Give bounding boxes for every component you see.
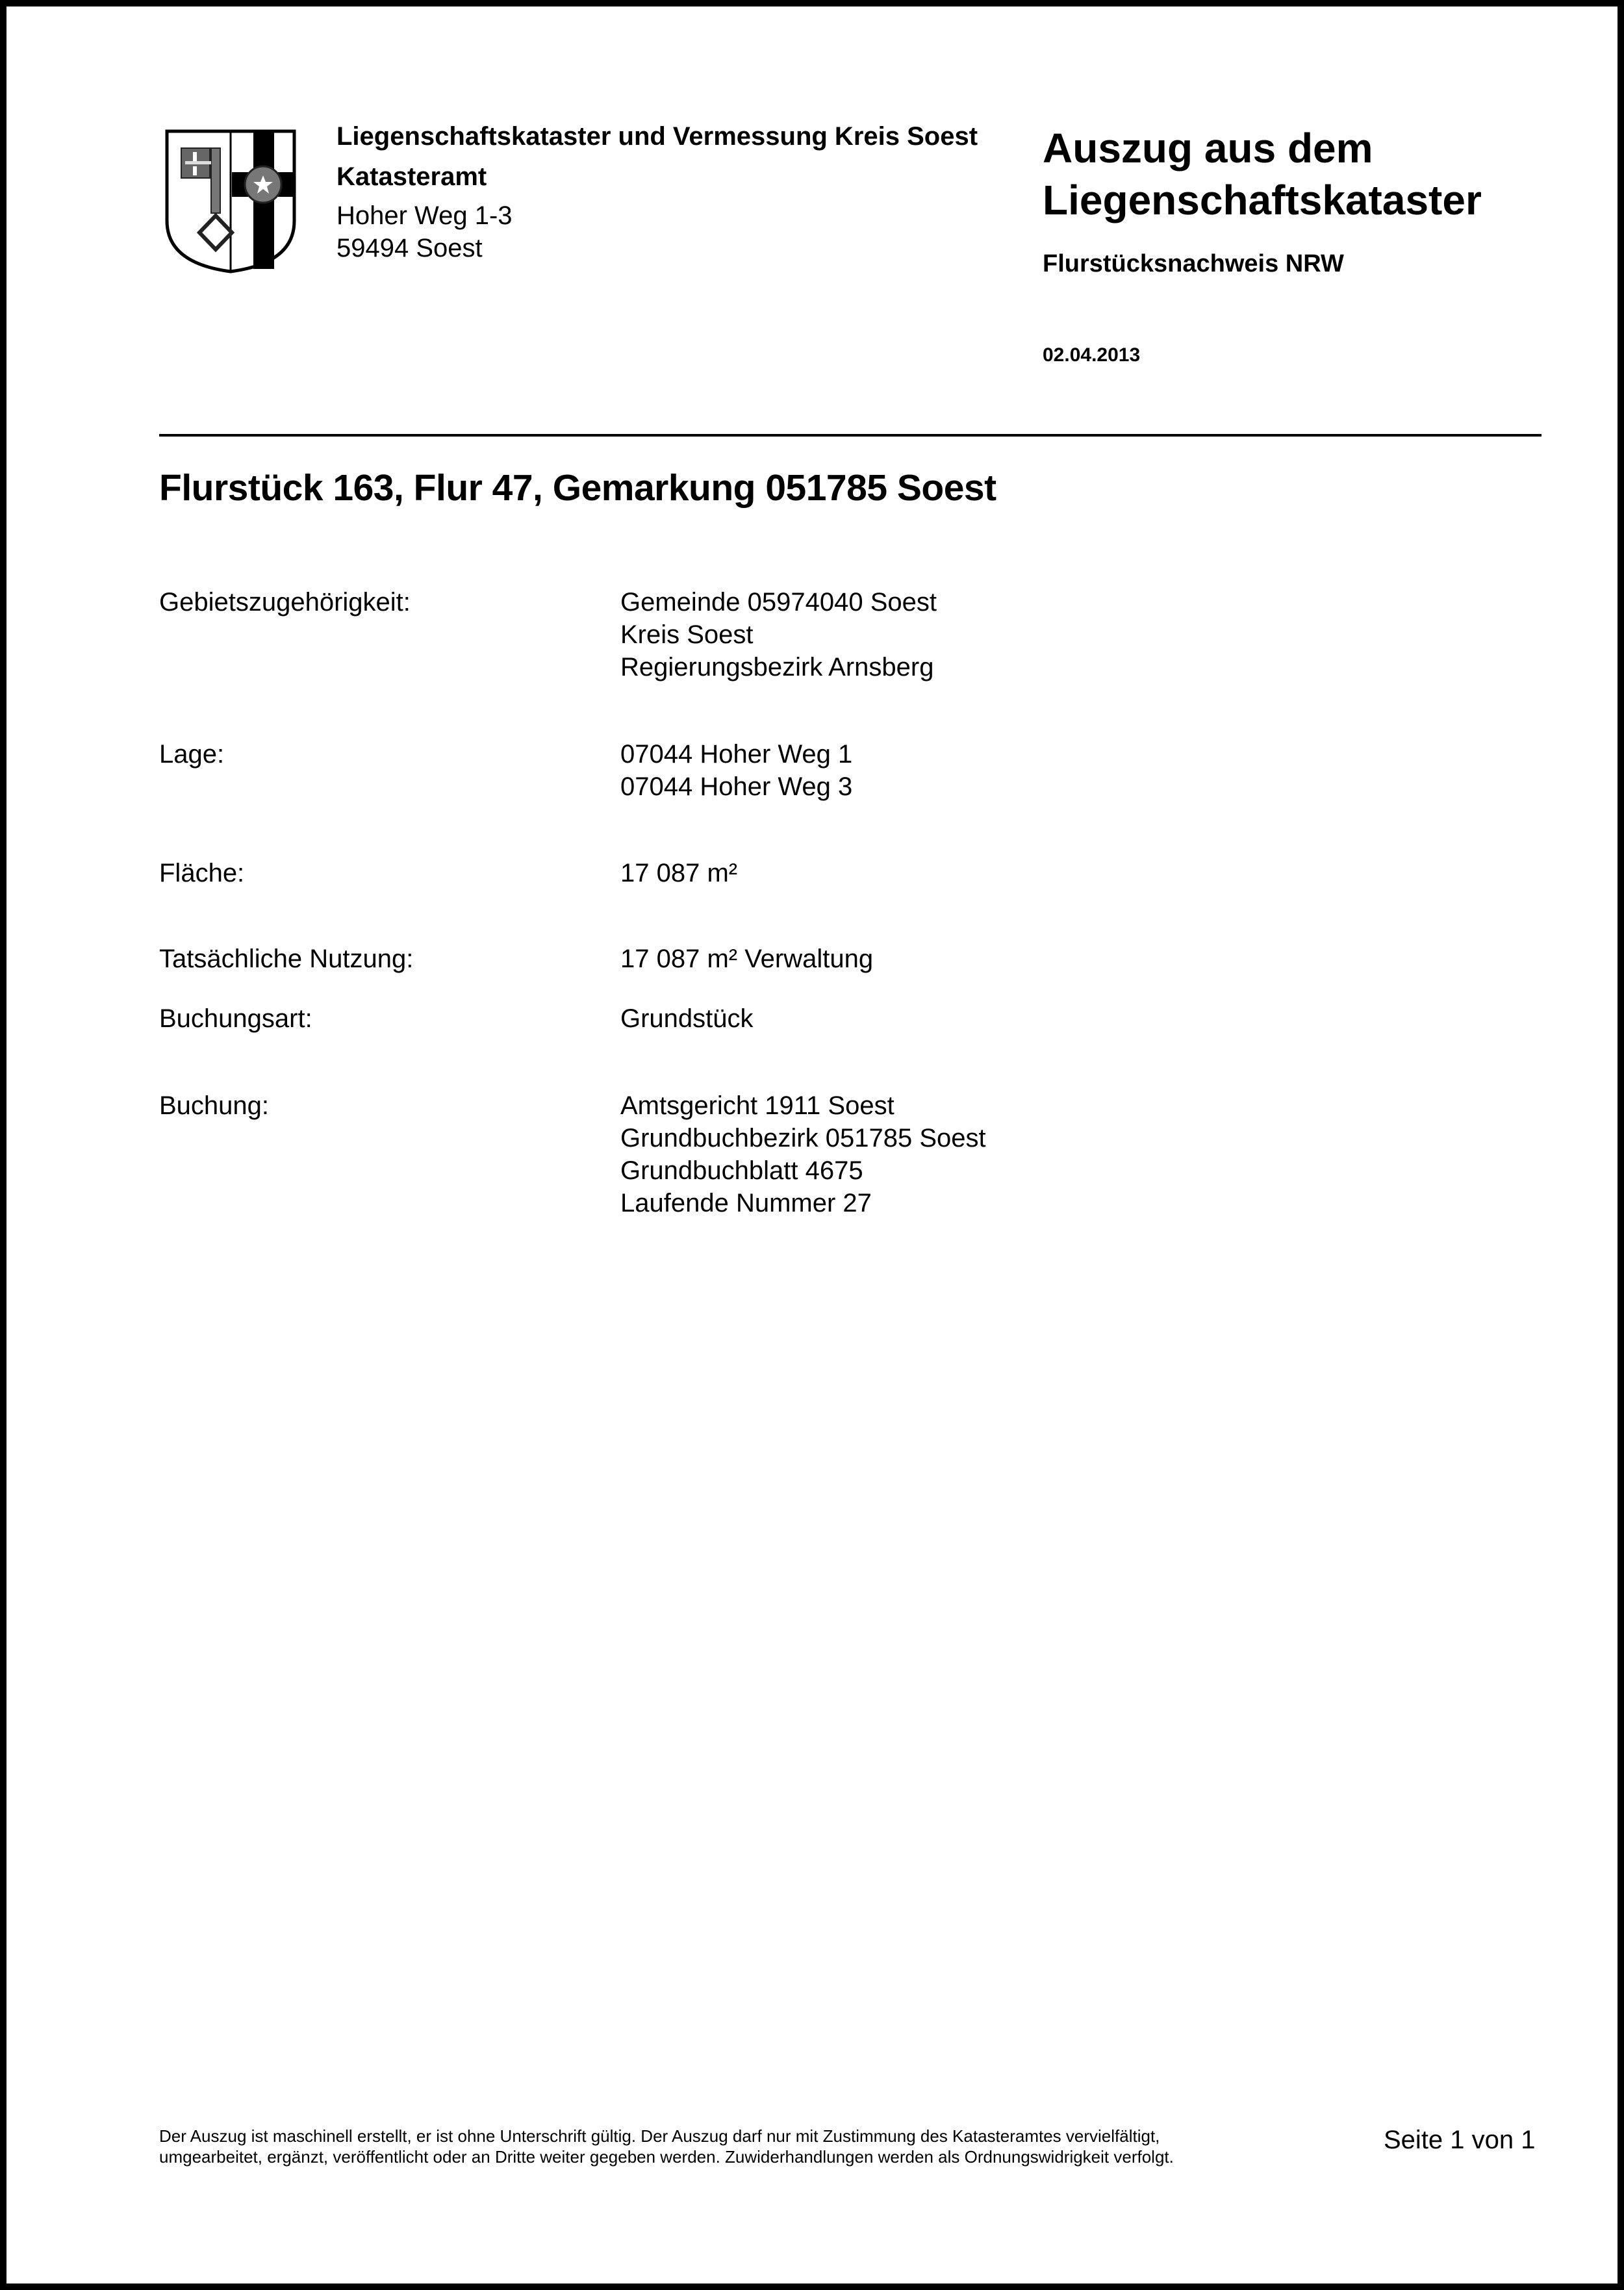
- detail-label: Lage:: [159, 738, 224, 770]
- detail-value-line: Grundstück: [620, 1002, 754, 1035]
- document-title-line2: Liegenschaftskataster: [1043, 174, 1482, 226]
- detail-value-line: Laufende Nummer 27: [620, 1187, 986, 1219]
- footer-disclaimer: Der Auszug ist maschinell erstellt, er i…: [159, 2126, 1328, 2167]
- detail-value: 17 087 m²: [620, 857, 737, 889]
- footer-disclaimer-line1: Der Auszug ist maschinell erstellt, er i…: [159, 2126, 1328, 2146]
- detail-label: Tatsächliche Nutzung:: [159, 943, 413, 975]
- detail-value: Grundstück: [620, 1002, 754, 1035]
- page-number: Seite 1 von 1: [1384, 2126, 1536, 2155]
- organization-name: Liegenschaftskataster und Vermessung Kre…: [336, 122, 978, 151]
- detail-value-line: Kreis Soest: [620, 618, 937, 651]
- detail-value-line: 07044 Hoher Weg 1: [620, 738, 852, 770]
- header-divider: [159, 434, 1542, 437]
- footer-disclaimer-line2: umgearbeitet, ergänzt, veröffentlicht od…: [159, 2146, 1328, 2167]
- detail-value-line: Grundbuchbezirk 051785 Soest: [620, 1122, 986, 1154]
- detail-value-line: Gemeinde 05974040 Soest: [620, 586, 937, 618]
- detail-label: Gebietszugehörigkeit:: [159, 586, 411, 618]
- coat-of-arms-icon: [159, 123, 302, 276]
- detail-value-line: 17 087 m²: [620, 857, 737, 889]
- document-title: Auszug aus dem Liegenschaftskataster: [1043, 122, 1482, 226]
- detail-value-line: 17 087 m² Verwaltung: [620, 943, 873, 975]
- detail-value: Amtsgericht 1911 Soest Grundbuchbezirk 0…: [620, 1089, 986, 1219]
- address-city: 59494 Soest: [336, 234, 483, 263]
- document-page: Liegenschaftskataster und Vermessung Kre…: [6, 6, 1618, 2284]
- document-title-line1: Auszug aus dem: [1043, 122, 1482, 174]
- detail-value: Gemeinde 05974040 Soest Kreis Soest Regi…: [620, 586, 937, 683]
- detail-label: Buchung:: [159, 1089, 269, 1122]
- address-street: Hoher Weg 1-3: [336, 201, 513, 231]
- detail-value: 17 087 m² Verwaltung: [620, 943, 873, 975]
- detail-label: Fläche:: [159, 857, 244, 889]
- detail-label: Buchungsart:: [159, 1002, 312, 1035]
- document-subtitle: Flurstücksnachweis NRW: [1043, 250, 1344, 278]
- detail-value-line: 07044 Hoher Weg 3: [620, 770, 852, 803]
- detail-value-line: Amtsgericht 1911 Soest: [620, 1089, 986, 1122]
- detail-value-line: Grundbuchblatt 4675: [620, 1154, 986, 1187]
- detail-value: 07044 Hoher Weg 1 07044 Hoher Weg 3: [620, 738, 852, 803]
- detail-value-line: Regierungsbezirk Arnsberg: [620, 651, 937, 683]
- document-date: 02.04.2013: [1043, 344, 1140, 366]
- parcel-heading: Flurstück 163, Flur 47, Gemarkung 051785…: [159, 466, 996, 509]
- department-name: Katasteramt: [336, 162, 487, 192]
